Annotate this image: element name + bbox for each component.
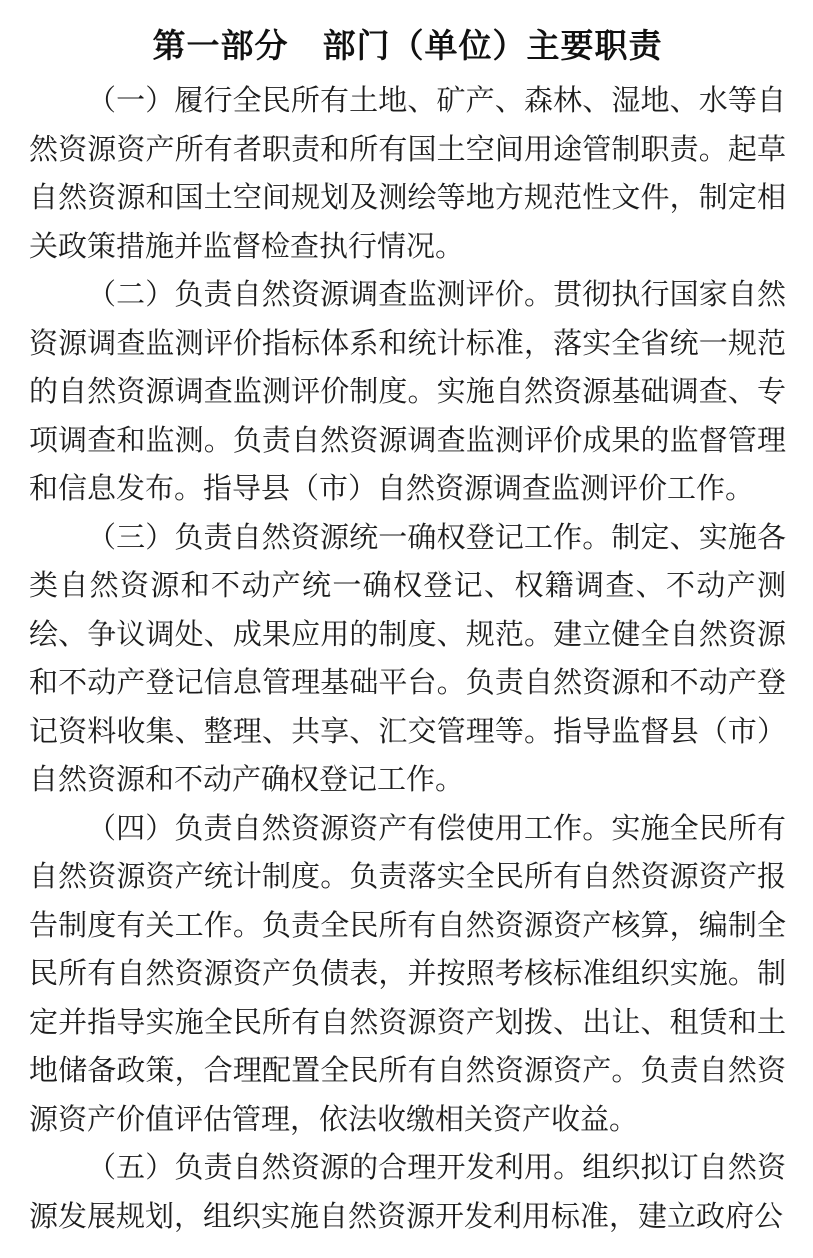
document-title: 第一部分 部门（单位）主要职责 (29, 26, 786, 66)
document-page: 第一部分 部门（单位）主要职责 （一）履行全民所有土地、矿产、森林、湿地、水等自… (0, 0, 813, 1258)
paragraph-3: （三）负责自然资源统一确权登记工作。制定、实施各类自然资源和不动产统一确权登记、… (29, 514, 786, 805)
paragraph-5: （五）负责自然资源的合理开发利用。组织拟订自然资源发展规划，组织实施自然资源开发… (29, 1144, 786, 1241)
document-body: （一）履行全民所有土地、矿产、森林、湿地、水等自然资源资产所有者职责和所有国土空… (29, 77, 786, 1241)
paragraph-4: （四）负责自然资源资产有偿使用工作。实施全民所有自然资源资产统计制度。负责落实全… (29, 805, 786, 1145)
paragraph-2: （二）负责自然资源调查监测评价。贯彻执行国家自然资源调查监测评价指标体系和统计标… (29, 271, 786, 514)
paragraph-1: （一）履行全民所有土地、矿产、森林、湿地、水等自然资源资产所有者职责和所有国土空… (29, 77, 786, 271)
